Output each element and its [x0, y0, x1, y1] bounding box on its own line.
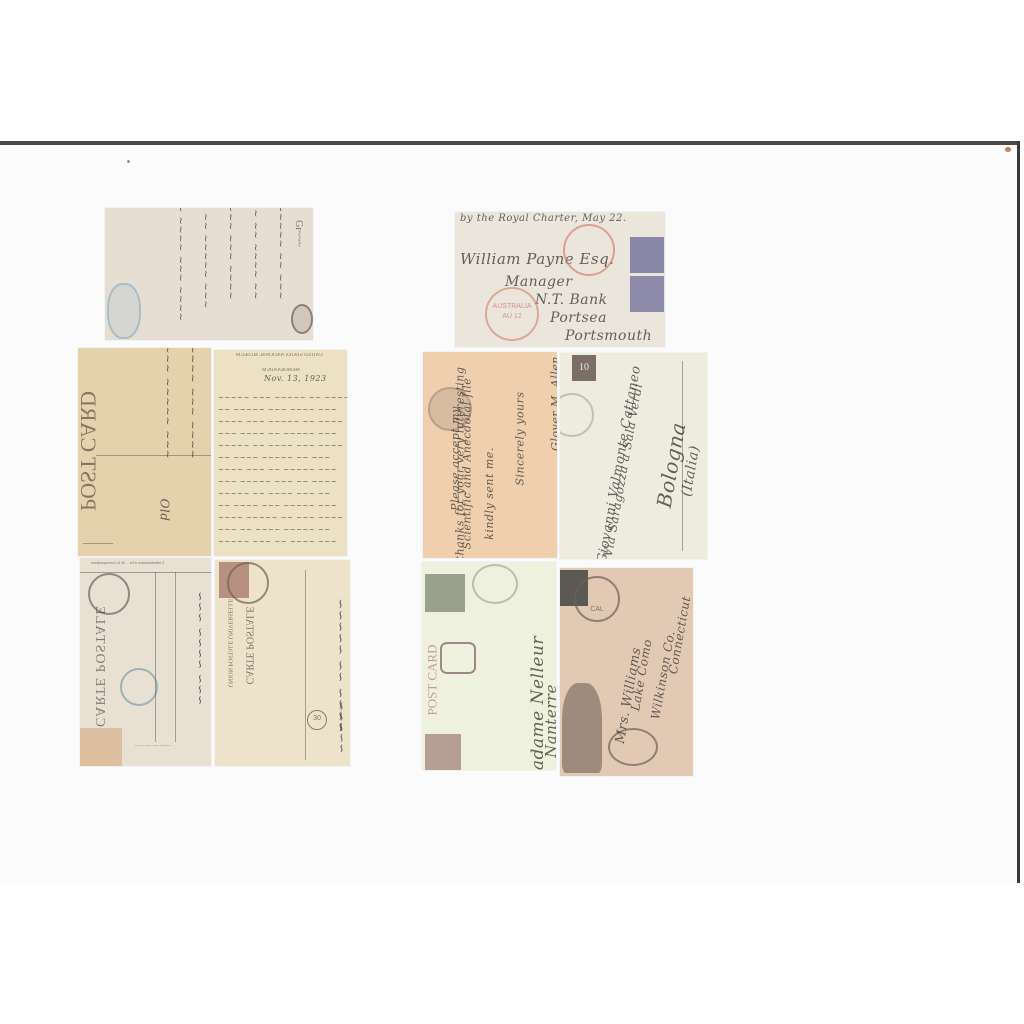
post-card-label: POST CARD [424, 645, 440, 716]
speck [127, 160, 130, 163]
stamp-10: 10 [572, 355, 596, 381]
handwriting: ~~~~~ ~~ ~~~~ ~~~ ~~ [218, 490, 331, 498]
postcard-3: POST CARD ~~~ ~~~~~ ~~~ ~~~~ ~~~ ~~~~ ~~… [78, 348, 211, 556]
sheet-edge [1017, 141, 1020, 883]
postcard-5: Dr. Tom: Please accept my thanks for you… [423, 352, 557, 558]
rule [175, 572, 176, 742]
notice-text: L'administration n'est ... de la corresp… [90, 560, 164, 565]
embossed-seal [562, 683, 602, 773]
handwriting-address: Portsea [550, 310, 607, 326]
notice-text: ~~~~~ ~~~ ~~~~ ~~~ [135, 743, 170, 748]
postcard-4: UNITED STATES NATIONAL MUSEUM MEMORANDUM… [214, 350, 347, 556]
handwriting: ~~~ ~~~~~ ~~ ~~~ [275, 208, 286, 340]
handwriting: ~~ ~~~~ ~~~~~ ~~ ~~~ [218, 454, 331, 462]
red-stamp [425, 734, 461, 770]
blue-postmark [120, 668, 158, 706]
postcard-1: ~ ~~~ ~~~~ ~~~ ~~~~ ~~~~ ~~ ~~~~~ ~~~ ~~… [105, 208, 313, 340]
speck [1005, 147, 1011, 152]
handwriting: ~~~~~ ~~~ ~~ ~~~~ ~~~ [218, 538, 337, 546]
handwriting: ~~~~ ~~~ ~~ ~~~~~ ~~~ [218, 466, 337, 474]
handwriting-address: N.T. Bank [535, 292, 608, 308]
memorandum-label: MEMORANDUM [262, 368, 300, 373]
violet-stamp [630, 237, 664, 273]
handwriting-address: Portsmouth [565, 328, 652, 344]
handwriting: Old [157, 499, 171, 522]
rule [80, 572, 211, 573]
green-stamp [425, 574, 465, 612]
handwriting: kindly sent me. [483, 447, 496, 540]
handwriting: ~~~~~ ~~~ ~~~~~ ~~ ~~~~~ [218, 394, 347, 402]
carte-postale-label: CARTE POSTALE [243, 607, 254, 685]
crest-seal [291, 304, 313, 334]
handwriting: ~~ ~~~~~ ~~~ ~~~~ ~~~ [218, 406, 337, 414]
violet-stamp [630, 276, 664, 312]
date: Nov. 13, 1923 [264, 374, 327, 383]
postcard-7: L'administration n'est ... de la corresp… [80, 558, 211, 766]
handwriting: ~~ ~~~~ ~~~ ~~~~~ ~~~ [218, 502, 337, 510]
handwriting: ~~~ ~~~~ ~~~ [193, 585, 207, 705]
red-postmark [563, 224, 615, 276]
postcard-9: POST CARD Madame Nelleur 5 Rue de Courbe… [422, 562, 556, 770]
rule [305, 570, 306, 760]
handwriting: ~~~ ~~ ~~~~ ~~~~~ ~~ [218, 526, 331, 534]
sf-postmark: CAL [574, 576, 620, 622]
handwriting: ~~~ ~~~~~ ~~~ ~~ ~~~~ [218, 478, 337, 486]
handwriting: ~~ ~~~~ ~~~ ~~~~ [225, 208, 236, 340]
handwriting: ~~~~ ~~ ~~~~~ ~~~ [200, 208, 211, 340]
postmark [472, 564, 518, 604]
handwriting: ~~~~~ [334, 701, 348, 754]
handwriting-header: by the Royal Charter, May 22. [460, 213, 627, 224]
postmark [227, 562, 269, 604]
handwriting: ~ ~~~ ~~~~ ~~~ ~~~~ [175, 208, 186, 340]
handwriting: ~~~~~ ~~ ~~~~ ~~ [250, 208, 261, 340]
hex-postmark [440, 642, 476, 674]
handwriting: Sincerely yours [514, 391, 527, 485]
printed-text: Gr~~~ [293, 220, 304, 247]
handwriting: ~~~~ ~~~ ~~~~~ ~~ ~~~~ [218, 418, 343, 426]
handwriting: ~~~ ~~~~ ~~ ~~~~~ ~~~ [218, 430, 337, 438]
postcard-2: by the Royal Charter, May 22. William Pa… [455, 212, 665, 347]
orange-stamp [80, 728, 122, 766]
postcard-10: CAL Mrs. Williams Lake Como Wilkinson Co… [560, 568, 693, 776]
handwriting: ~~~~ ~~~ ~~~~ [187, 348, 200, 445]
postcard-8: CARTE POSTALE UNION POSTALE UNIVERSELLE … [215, 560, 350, 766]
rule [155, 572, 156, 742]
box [83, 543, 113, 544]
postcard-6: 10 Sig. Giovanni Valmonte Cattaneo Via S… [560, 353, 707, 559]
handwriting: ~~~~~ ~~ ~~~~ ~~~ ~~~~ [218, 442, 343, 450]
handwriting: ~~~~ ~~~~~ ~~ ~~~ ~~~~ [218, 514, 343, 522]
museum-header: UNITED STATES NATIONAL MUSEUM [236, 353, 323, 358]
postmark [560, 393, 594, 437]
handwriting: ~~~ ~~~~~ ~~~ [162, 348, 175, 445]
oval-stamp [107, 283, 141, 339]
red-postmark: AUSTRALIA AU 12 [485, 287, 539, 341]
post-card-label: POST CARD [78, 391, 101, 511]
circled-number: 30 [307, 710, 327, 730]
upu-label: UNION POSTALE UNIVERSELLE [226, 599, 232, 688]
handwriting: Glover M. Allen [549, 356, 557, 451]
handwriting: Nanterre [542, 684, 556, 758]
carte-postale-label: CARTE POSTALE [91, 605, 107, 727]
handwriting: Scientific and Anecdotal file [460, 378, 473, 550]
